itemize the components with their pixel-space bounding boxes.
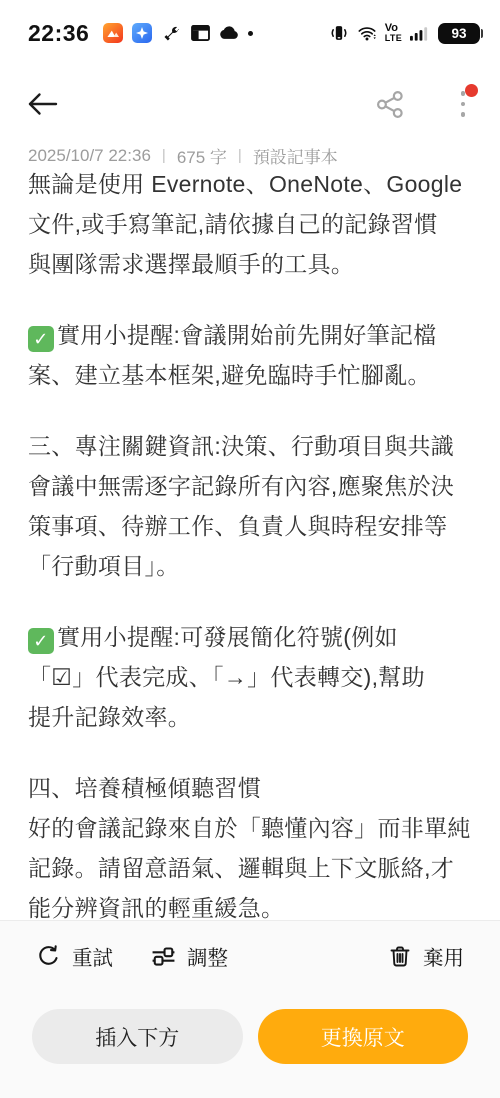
notification-icons <box>103 23 253 43</box>
note-line: 與團隊需求選擇最順手的工具。 <box>28 244 472 284</box>
note-paragraph: 無論是使用 Evernote、OneNote、Google文件,或手寫筆記,請依… <box>28 171 472 284</box>
note-line: 提升記錄效率。 <box>28 697 472 737</box>
ai-result-panel: 重試 調整 棄用 插入下方 更換原文 <box>0 920 500 1098</box>
note-datetime: 2025/10/7 22:36 <box>28 146 151 166</box>
meta-separator: | <box>162 147 166 164</box>
insert-below-button[interactable]: 插入下方 <box>32 1009 243 1064</box>
back-button[interactable] <box>26 91 60 117</box>
adjust-button[interactable]: 調整 <box>151 941 228 971</box>
note-line: 三、專注關鍵資訊:決策、行動項目與共識 <box>28 426 472 466</box>
check-emoji-icon: ✓ <box>28 628 54 654</box>
window-icon <box>190 23 210 43</box>
note-notebook: 預設記事本 <box>253 143 338 168</box>
ai-toolbar: 重試 調整 棄用 <box>36 941 464 971</box>
discard-button[interactable]: 棄用 <box>388 941 464 971</box>
note-body[interactable]: 無論是使用 Evernote、OneNote、Google文件,或手寫筆記,請依… <box>28 171 472 919</box>
note-word-count: 675 字 <box>177 143 227 168</box>
battery-indicator: 93 <box>438 23 480 44</box>
gallery-app-icon <box>103 23 123 43</box>
note-line: 「行動項目」。 <box>28 546 472 586</box>
more-dots-icon <box>461 91 466 117</box>
notes-app-screen: 22:36 <box>0 0 500 1098</box>
cloud-icon <box>219 23 239 43</box>
note-paragraph: 三、專注關鍵資訊:決策、行動項目與共識會議中無需逐字記錄所有內容,應聚焦於決策事… <box>28 426 472 586</box>
share-button[interactable] <box>375 89 406 120</box>
note-line: 策事項、待辦工作、負責人與時程安排等 <box>28 506 472 546</box>
vibrate-icon <box>329 23 349 43</box>
check-emoji-icon: ✓ <box>28 326 54 352</box>
note-paragraph: ✓實用小提醒:會議開始前先開好筆記檔案、建立基本框架,避免臨時手忙腳亂。 <box>28 315 472 395</box>
replace-original-label: 更換原文 <box>321 1022 405 1052</box>
back-arrow-icon <box>26 91 60 117</box>
ai-action-row: 插入下方 更換原文 <box>32 1009 468 1064</box>
note-line: 記錄。請留意語氣、邏輯與上下文脈絡,才 <box>28 848 472 888</box>
note-paragraph: ✓實用小提醒:可發展簡化符號(例如「☑」代表完成、「→」代表轉交),幫助提升記錄… <box>28 617 472 737</box>
retry-label: 重試 <box>72 941 113 971</box>
meta-separator: | <box>238 147 242 164</box>
more-menu-button[interactable] <box>452 87 474 121</box>
notification-badge <box>465 84 478 97</box>
adjust-label: 調整 <box>187 941 228 971</box>
note-line: 「☑」代表完成、「→」代表轉交),幫助 <box>28 657 472 697</box>
wrench-icon <box>161 23 181 43</box>
note-line: ✓實用小提醒:可發展簡化符號(例如 <box>28 617 472 657</box>
status-time: 22:36 <box>28 20 89 47</box>
discard-label: 棄用 <box>423 941 464 971</box>
wifi-icon <box>357 23 377 43</box>
note-line: 案、建立基本框架,避免臨時手忙腳亂。 <box>28 355 472 395</box>
nav-bar <box>0 76 500 132</box>
status-indicators: Vo LTE 93 <box>329 23 480 44</box>
status-bar: 22:36 <box>0 0 500 60</box>
replace-original-button[interactable]: 更換原文 <box>258 1009 469 1064</box>
insert-below-label: 插入下方 <box>95 1022 179 1052</box>
note-line: 無論是使用 Evernote、OneNote、Google <box>28 171 472 204</box>
signal-bars-icon <box>410 23 430 43</box>
note-line: 四、培養積極傾聽習慣 <box>28 768 472 808</box>
note-line: 能分辨資訊的輕重緩急。 <box>28 888 472 919</box>
note-scroll-area[interactable]: 無論是使用 Evernote、OneNote、Google文件,或手寫筆記,請依… <box>0 171 500 919</box>
more-notifications-dot <box>248 31 253 36</box>
retry-icon <box>36 944 61 969</box>
retry-button[interactable]: 重試 <box>36 941 113 971</box>
trash-icon <box>388 944 412 969</box>
note-line: 好的會議記錄來自於「聽懂內容」而非單純 <box>28 808 472 848</box>
star-app-icon <box>132 23 152 43</box>
share-icon <box>375 89 406 120</box>
volte-indicator: Vo LTE <box>385 23 402 43</box>
note-line: ✓實用小提醒:會議開始前先開好筆記檔 <box>28 315 472 355</box>
note-meta: 2025/10/7 22:36 | 675 字 | 預設記事本 <box>28 143 338 168</box>
note-line: 文件,或手寫筆記,請依據自己的記錄習慣 <box>28 204 472 244</box>
sliders-icon <box>151 944 176 969</box>
note-paragraph: 四、培養積極傾聽習慣好的會議記錄來自於「聽懂內容」而非單純記錄。請留意語氣、邏輯… <box>28 768 472 919</box>
note-line: 會議中無需逐字記錄所有內容,應聚焦於決 <box>28 466 472 506</box>
